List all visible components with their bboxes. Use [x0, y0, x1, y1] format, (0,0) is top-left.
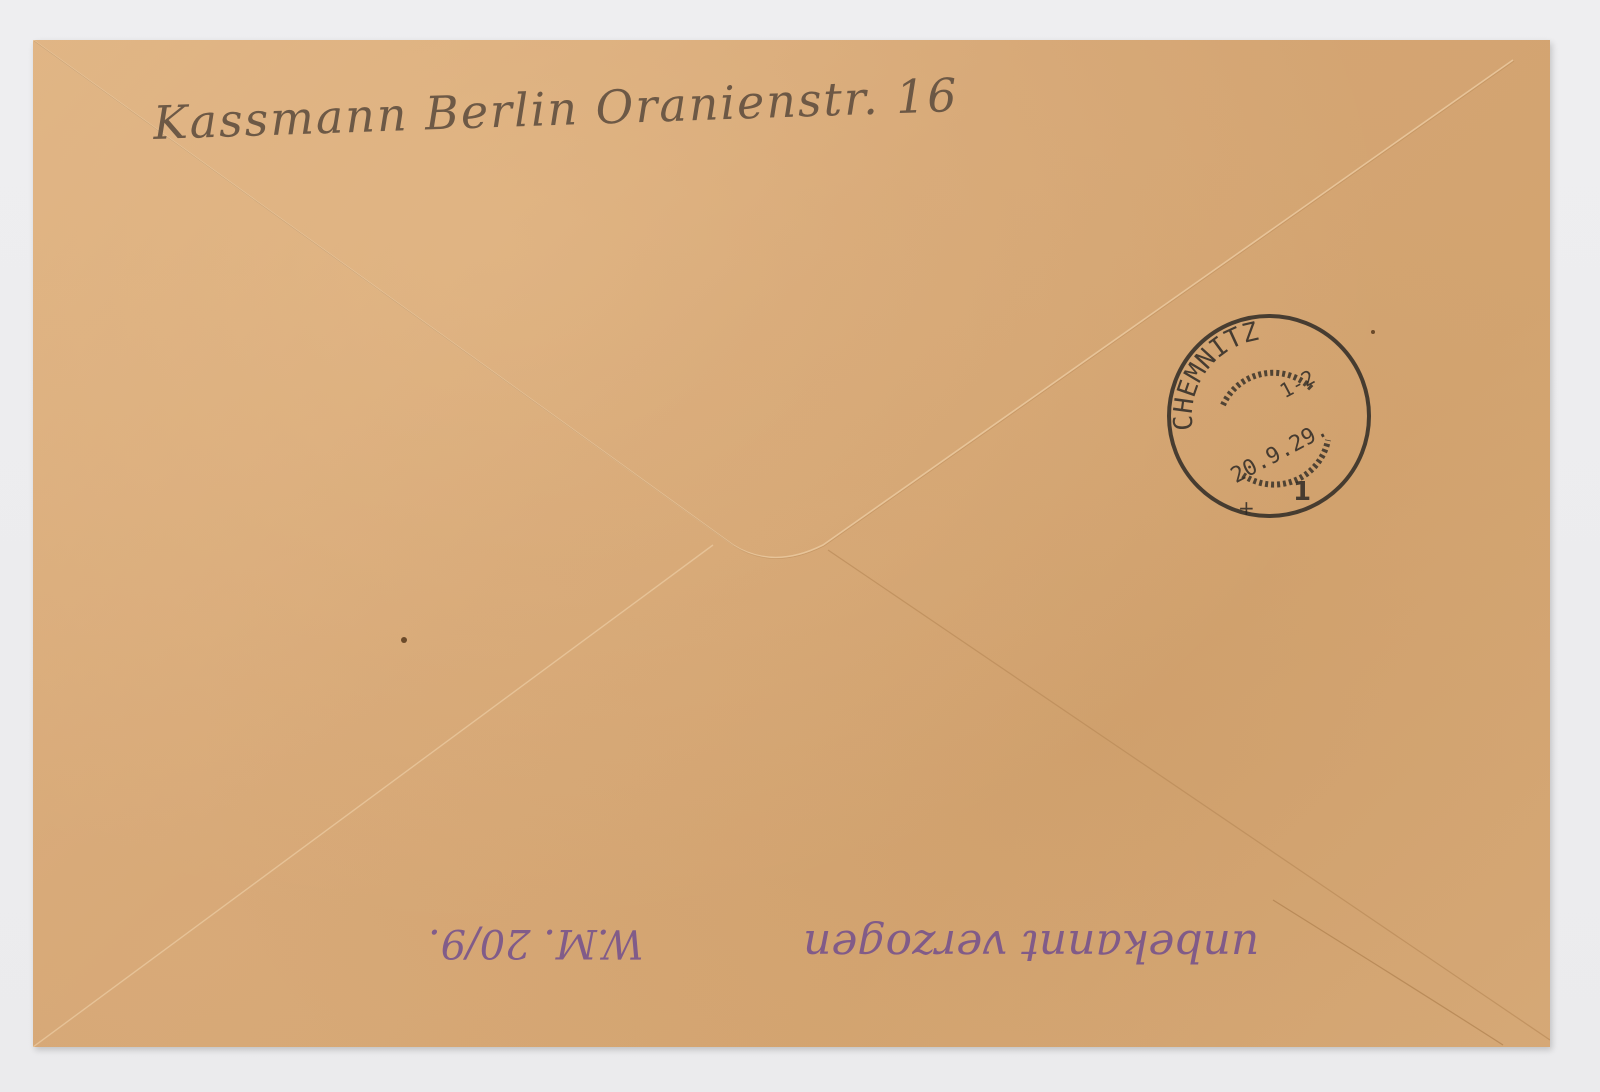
postmark-city: CHEMNITZ [1169, 317, 1262, 432]
purple-annotation-left: W.M. 20/9. [428, 920, 644, 966]
svg-text:CHEMNITZ: CHEMNITZ [1169, 317, 1262, 432]
envelope-fold-lines [33, 40, 1550, 1047]
postmark-star-icon: + [1238, 496, 1255, 520]
postmark-stamp: CHEMNITZ 20.9.29. 1-2 1 + [1163, 310, 1375, 522]
postmark-office-number: 1 [1293, 477, 1311, 507]
postmark-date: 20.9.29. [1227, 417, 1332, 489]
paper-spot [401, 637, 407, 643]
postmark-time: 1-2 [1276, 365, 1319, 403]
purple-annotation-right: unbekannt verzogen [803, 920, 1259, 971]
envelope: Kassmann Berlin Oranienstr. 16 W.M. 20/9… [33, 40, 1550, 1047]
